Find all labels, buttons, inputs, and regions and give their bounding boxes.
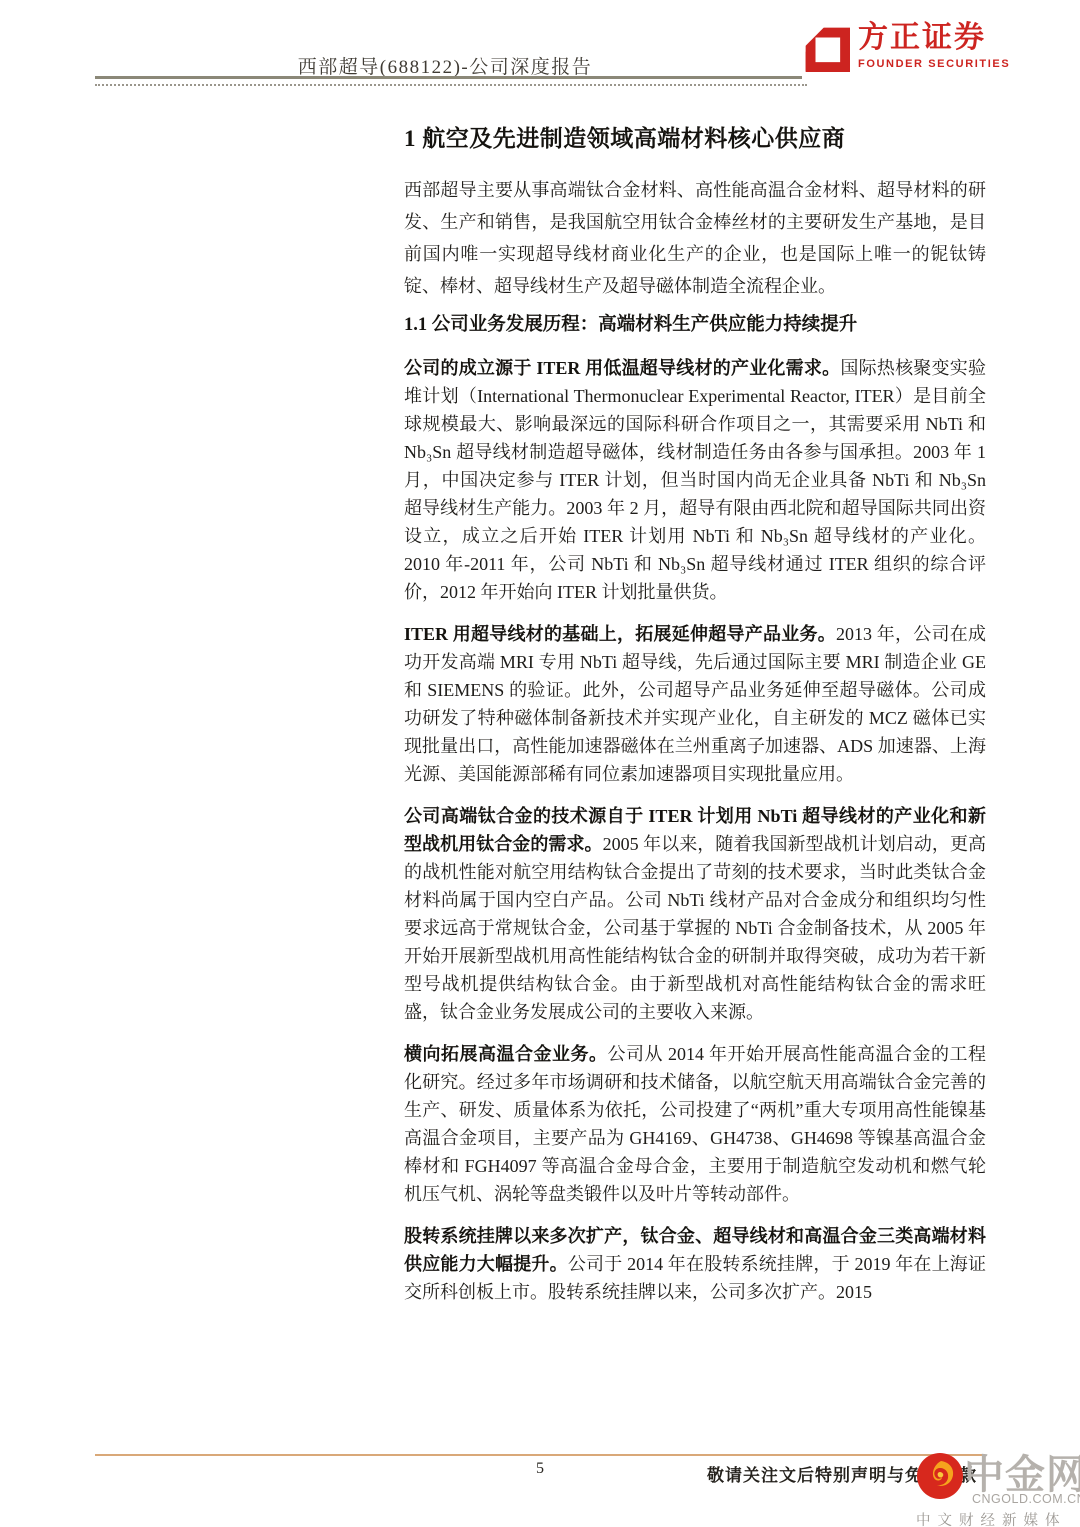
watermark-url: CNGOLD.COM.CN (972, 1492, 1080, 1506)
paragraph-superconductor-products: ITER 用超导线材的基础上，拓展延伸超导产品业务。2013 年，公司在成功开发… (404, 620, 986, 788)
paragraph-iter-origin: 公司的成立源于 ITER 用低温超导线材的产业化需求。国际热核聚变实验堆计划（I… (404, 354, 986, 606)
watermark-tagline: 中文财经新媒体 (916, 1509, 1080, 1527)
founder-logo-icon (804, 20, 850, 78)
paragraph-text: 西部超导主要从事高端钛合金材料、高性能高温合金材料、超导材料的研发、生产和销售，… (404, 180, 986, 296)
paragraph-titanium-alloy: 公司高端钛合金的技术源自于 ITER 计划用 NbTi 超导线材的产业化和新型战… (404, 802, 986, 1026)
paragraph-lead: 公司的成立源于 ITER 用低温超导线材的产业化需求。 (404, 358, 840, 378)
paragraph-text: 2013 年，公司在成功开发高端 MRI 专用 NbTi 超导线，先后通过国际主… (404, 624, 986, 784)
report-body: 1 航空及先进制造领域高端材料核心供应商 西部超导主要从事高端钛合金材料、高性能… (404, 124, 986, 1320)
footer-rule (95, 1454, 985, 1456)
header-dotted-rule (95, 84, 807, 86)
founder-securities-logo: 方正证券 FOUNDER SECURITIES (804, 20, 1010, 78)
cngold-logo-icon (916, 1452, 964, 1500)
logo-en-text: FOUNDER SECURITIES (858, 58, 1010, 70)
paragraph-text: 国际热核聚变实验堆计划（International Thermonuclear … (404, 358, 986, 602)
paragraph-text: 2005 年以来，随着我国新型战机计划启动，更高的战机性能对航空用结构钛合金提出… (404, 834, 986, 1022)
paragraph-text: 公司从 2014 年开始开展高性能高温合金的工程化研究。经过多年市场调研和技术储… (404, 1044, 986, 1204)
paragraph-lead: ITER 用超导线材的基础上，拓展延伸超导产品业务。 (404, 624, 836, 644)
paragraph-capacity-expansion: 股转系统挂牌以来多次扩产，钛合金、超导线材和高温合金三类高端材料供应能力大幅提升… (404, 1222, 986, 1306)
report-page: 西部超导(688122)-公司深度报告 方正证券 FOUNDER SECURIT… (0, 0, 1080, 1527)
header-rule (95, 76, 802, 79)
subsection-heading: 1.1 公司业务发展历程：高端材料生产供应能力持续提升 (404, 312, 986, 338)
cngold-watermark: 中金网 CNGOLD.COM.CN 中文财经新媒体 (916, 1452, 1080, 1527)
logo-cn-text: 方正证券 (858, 20, 1010, 56)
section-heading: 1 航空及先进制造领域高端材料核心供应商 (404, 124, 986, 154)
paragraph-superalloy: 横向拓展高温合金业务。公司从 2014 年开始开展高性能高温合金的工程化研究。经… (404, 1040, 986, 1208)
paragraph-lead: 横向拓展高温合金业务。 (404, 1044, 608, 1064)
logo-text: 方正证券 FOUNDER SECURITIES (858, 20, 1010, 70)
document-title: 西部超导(688122)-公司深度报告 (95, 52, 795, 79)
paragraph-intro: 西部超导主要从事高端钛合金材料、高性能高温合金材料、超导材料的研发、生产和销售，… (404, 174, 986, 302)
